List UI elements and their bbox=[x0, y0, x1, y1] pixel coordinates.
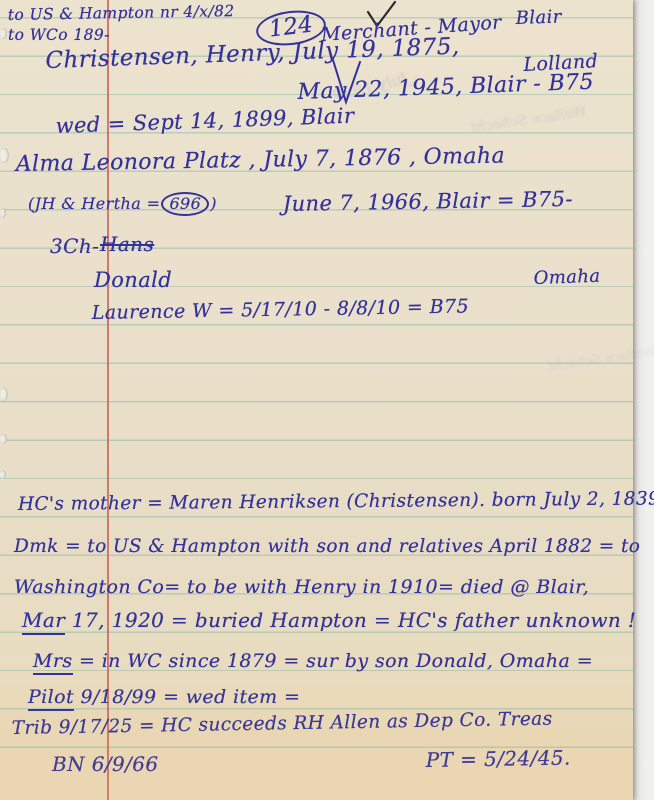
parents-ref-close: ) bbox=[210, 194, 217, 213]
scanned-notebook-page: - July 1899 Wallace Schacht Wallace Scha… bbox=[0, 0, 654, 800]
note-arrival-county: to WCo 189- bbox=[8, 26, 110, 44]
paper-tear-mark bbox=[0, 434, 7, 444]
child-donald-place: Omaha bbox=[533, 266, 601, 289]
parents-ref-open: (JH & Hertha = bbox=[28, 194, 160, 213]
cross-reference-badge: 696 bbox=[161, 192, 209, 216]
ruled-paper: - July 1899 Wallace Schacht Wallace Scha… bbox=[0, 0, 633, 800]
paper-tear-mark bbox=[0, 470, 6, 479]
spouse-name-birth: Alma Leonora Platz , July 7, 1876 , Omah… bbox=[16, 143, 506, 177]
paper-bottom-tint bbox=[0, 680, 633, 800]
note-mrs-rest: = in WC since 1879 = sur by son Donald, … bbox=[73, 650, 594, 672]
paper-tear-mark bbox=[0, 28, 7, 39]
child-laurence: Laurence W = 5/17/10 - 8/8/10 = B75 bbox=[92, 295, 470, 324]
note-mar-rest: 17, 1920 = buried Hampton = HC's father … bbox=[65, 608, 636, 632]
subject-marriage: wed = Sept 14, 1899, Blair bbox=[55, 104, 355, 138]
note-washington-co: Washington Co= to be with Henry in 1910=… bbox=[14, 576, 589, 598]
note-lead-mrs: Mrs bbox=[33, 650, 73, 675]
child-donald: Donald bbox=[94, 268, 172, 292]
children-count-label: 3Ch- bbox=[50, 234, 99, 258]
paper-tear-mark bbox=[0, 208, 6, 218]
spouse-death: June 7, 1966, Blair = B75- bbox=[283, 187, 573, 216]
child-hans: Hans bbox=[100, 232, 154, 256]
paper-tear-mark bbox=[0, 148, 9, 163]
note-mother: HC's mother = Maren Henriksen (Christens… bbox=[18, 488, 654, 515]
spouse-parents-reference: (JH & Hertha =696) bbox=[28, 192, 217, 216]
scanner-background bbox=[633, 0, 654, 800]
residence-place: Blair bbox=[515, 6, 562, 29]
note-lead-mar: Mar bbox=[22, 608, 65, 635]
note-arrival-us: to US & Hampton nr 4/x/82 bbox=[8, 2, 235, 24]
paper-tear-mark bbox=[0, 388, 8, 401]
ink-bleedthrough: Wallace Schacht bbox=[469, 104, 587, 136]
note-mother-death: Mar 17, 1920 = buried Hampton = HC's fat… bbox=[22, 608, 636, 632]
note-mrs: Mrs = in WC since 1879 = sur by son Dona… bbox=[33, 650, 593, 672]
note-emigration: Dmk = to US & Hampton with son and relat… bbox=[14, 536, 640, 557]
